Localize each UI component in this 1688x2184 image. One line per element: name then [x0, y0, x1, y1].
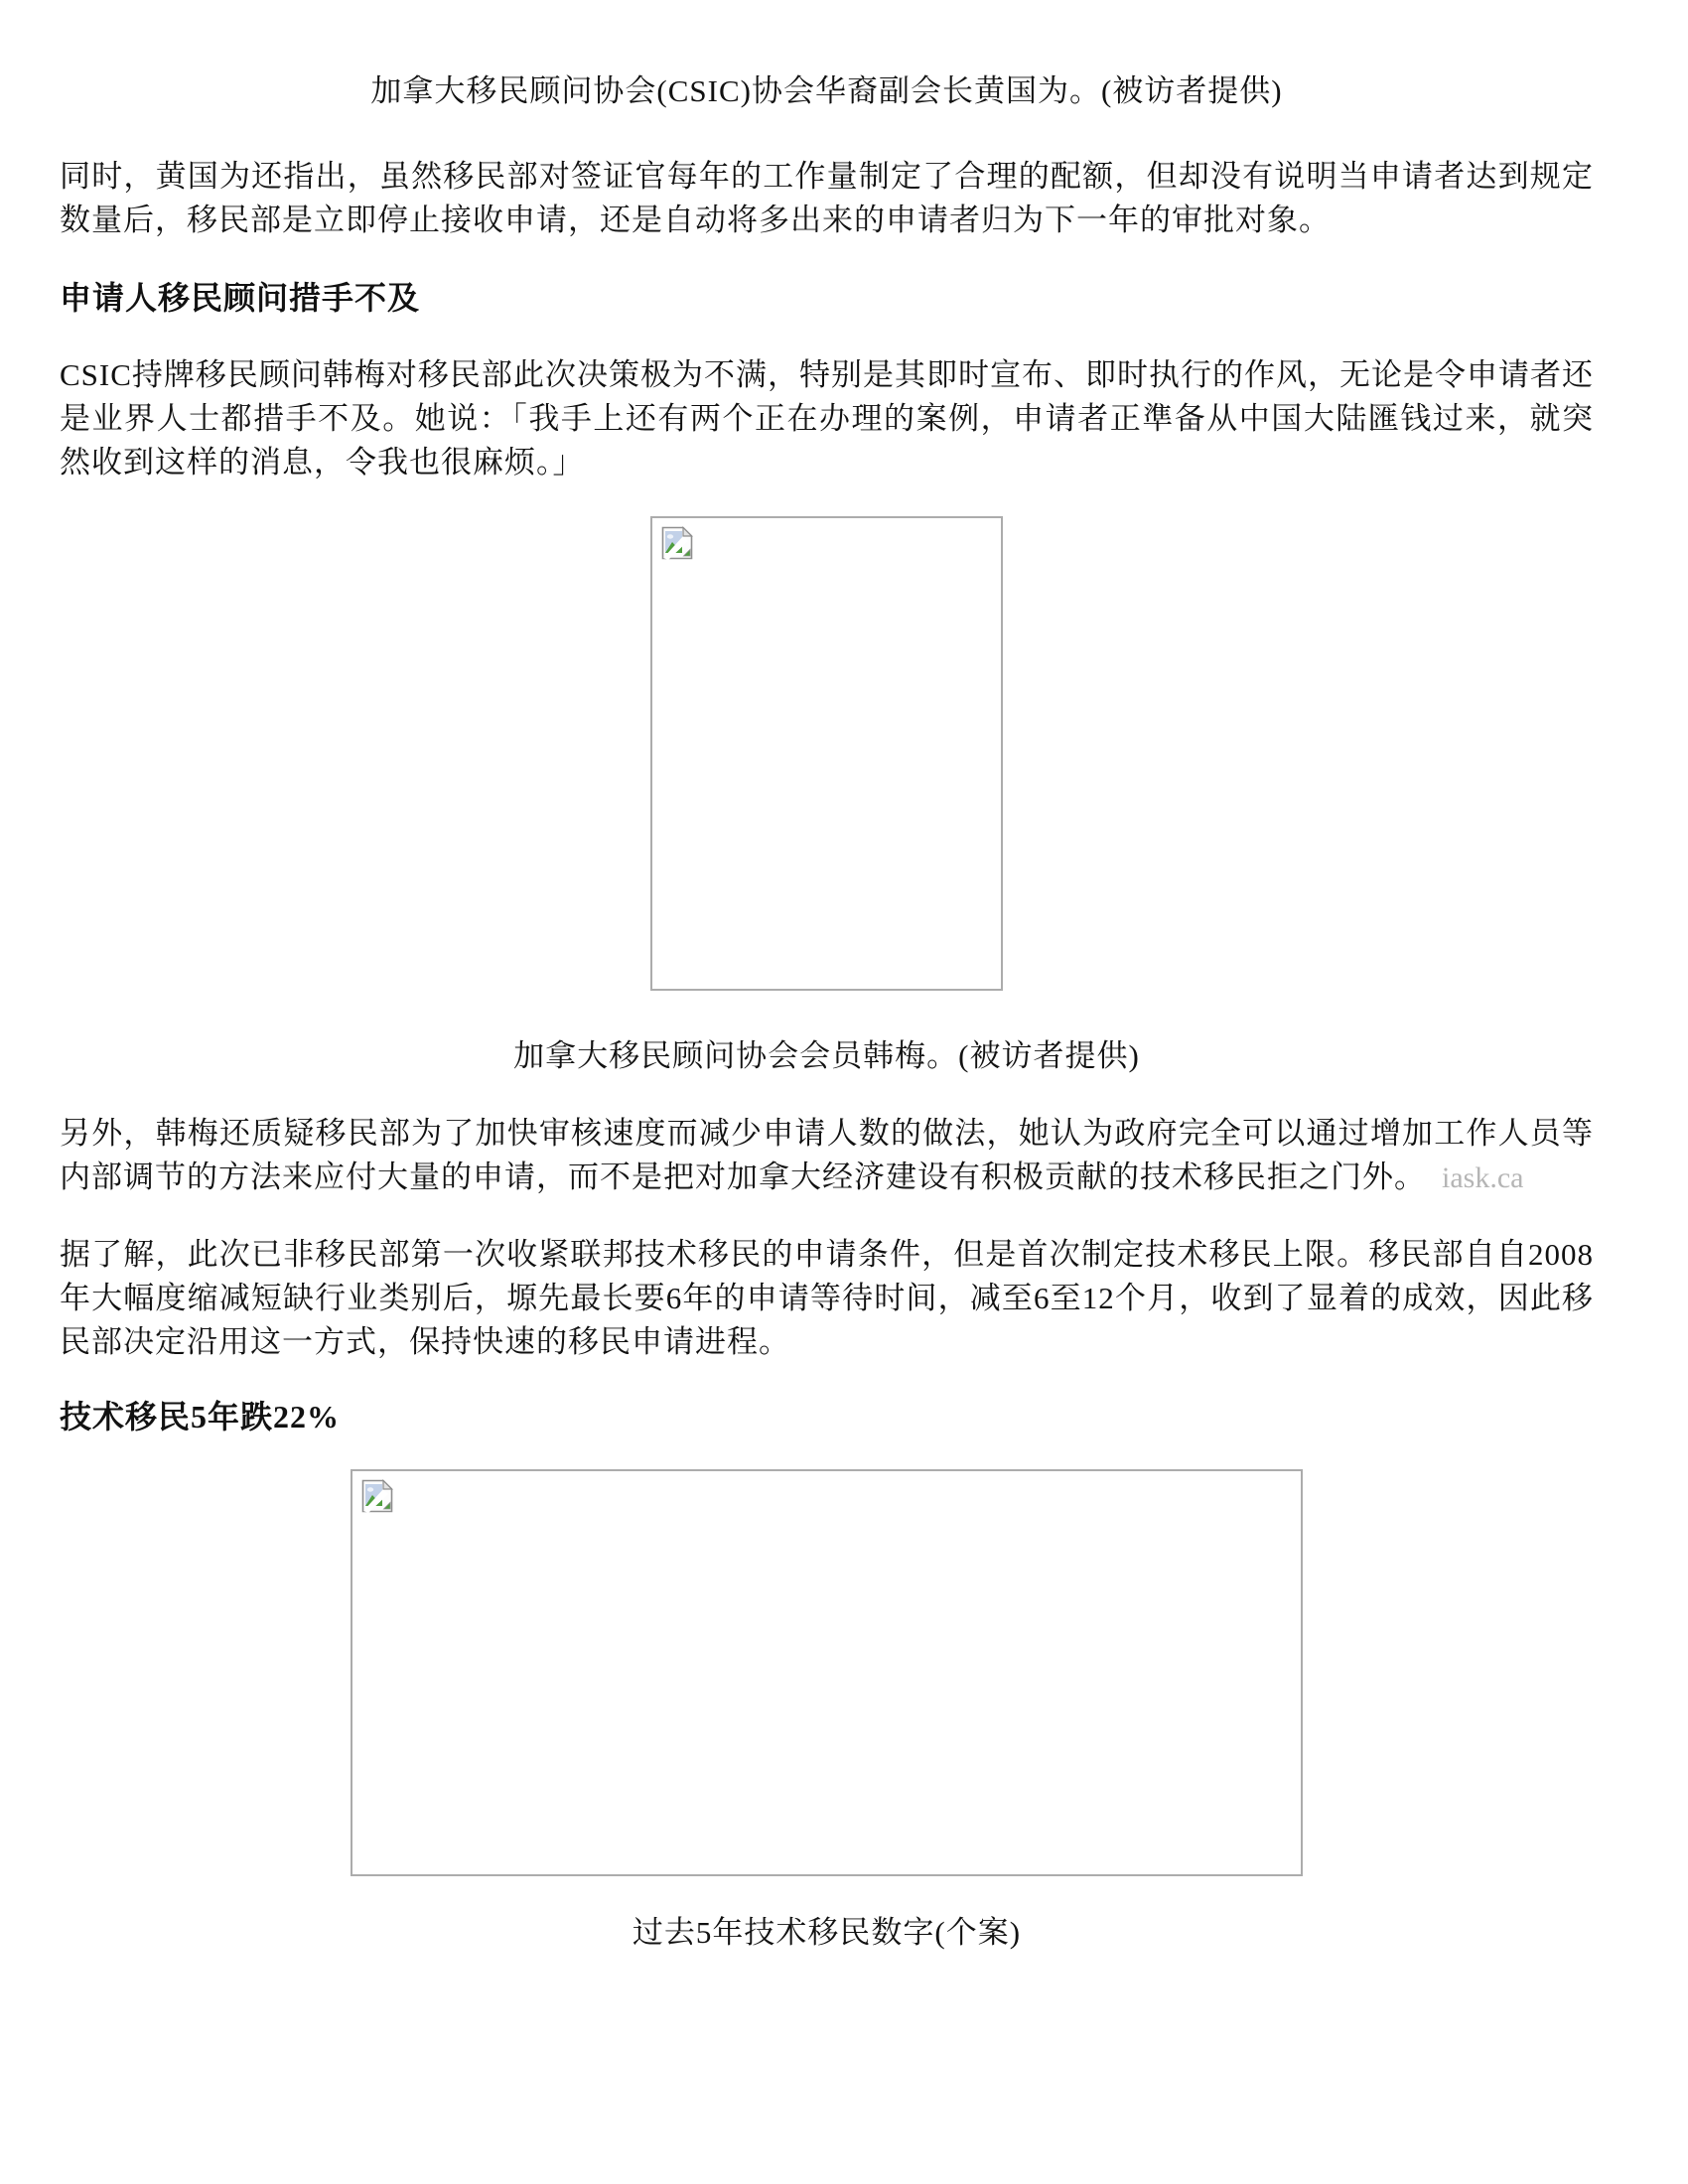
body-paragraph-2: CSIC持牌移民顾问韩梅对移民部此次决策极为不满，特别是其即时宣布、即时执行的作… [60, 353, 1594, 484]
photo-caption-top: 加拿大移民顾问协会(CSIC)协会华裔副会长黄国为。(被访者提供) [60, 69, 1594, 113]
figure-2 [60, 1469, 1594, 1876]
article-page: 加拿大移民顾问协会(CSIC)协会华裔副会长黄国为。(被访者提供) 同时，黄国为… [0, 0, 1688, 2184]
figure-1 [60, 516, 1594, 991]
broken-image-placeholder-2 [351, 1469, 1303, 1876]
body-paragraph-3-text: 另外，韩梅还质疑移民部为了加快审核速度而减少申请人数的做法，她认为政府完全可以通… [60, 1116, 1594, 1194]
broken-image-icon [360, 1479, 394, 1513]
section-heading-2: 技术移民5年跌22% [60, 1395, 1594, 1438]
photo-caption-figure-1: 加拿大移民顾问协会会员韩梅。(被访者提供) [60, 1034, 1594, 1078]
body-paragraph-4: 据了解，此次已非移民部第一次收紧联邦技术移民的申请条件，但是首次制定技术移民上限… [60, 1233, 1594, 1364]
body-paragraph-1: 同时，黄国为还指出，虽然移民部对签证官每年的工作量制定了合理的配额，但却没有说明… [60, 155, 1594, 242]
photo-caption-figure-2: 过去5年技术移民数字(个案) [60, 1911, 1594, 1955]
site-watermark: iask.ca [1442, 1161, 1523, 1194]
section-heading-1: 申请人移民顾问措手不及 [60, 276, 1594, 320]
broken-image-placeholder-1 [650, 516, 1003, 991]
body-paragraph-3: 另外，韩梅还质疑移民部为了加快审核速度而减少申请人数的做法，她认为政府完全可以通… [60, 1112, 1594, 1200]
broken-image-icon [660, 526, 694, 560]
